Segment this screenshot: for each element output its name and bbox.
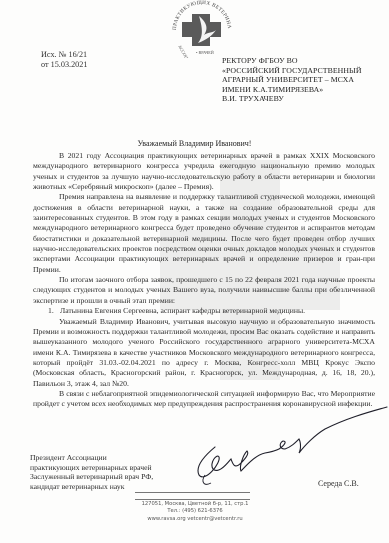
signatory-title-line: кандидат ветеринарных наук: [30, 482, 153, 492]
letter-page: Исх. № 16/21 от 15.03.2021 ПРАКТИКУЮЩИХ …: [0, 0, 389, 543]
svg-text:АССОЦИАЦИЯ: АССОЦИАЦИЯ: [177, 44, 197, 58]
footer-address: 127051, Москва, Цветной б-р, 11, стр.1: [100, 501, 290, 508]
body-paragraph: В 2021 году Ассоциация практикующих вете…: [33, 151, 375, 192]
body-paragraph: По итогам заочного отбора заявок, прошед…: [33, 275, 375, 306]
footer-contacts: 127051, Москва, Цветной б-р, 11, стр.1 Т…: [100, 501, 290, 523]
addressee-line: АГРАРНЫЙ УНИВЕРСИТЕТ – МСХА: [222, 75, 362, 85]
salutation: Уважаемый Владимир Иванович!: [0, 139, 389, 148]
footer-phone: Тел.: (495) 621-6376: [100, 508, 290, 515]
list-item: 1.Латынина Евгения Сергеевна, аспирант к…: [33, 306, 375, 316]
svg-text:• ВРАЧЕЙ: • ВРАЧЕЙ: [196, 50, 214, 55]
outgoing-number: Исх. № 16/21: [41, 50, 87, 60]
signatory-name: Середа С.В.: [318, 479, 359, 488]
addressee-block: РЕКТОРУ ФГБОУ ВО «РОССИЙСКИЙ ГОСУДАРСТВЕ…: [222, 56, 362, 104]
letter-body: В 2021 году Ассоциация практикующих вете…: [33, 151, 375, 410]
body-paragraph: Премия направлена на выявление и поддерж…: [33, 192, 375, 275]
list-item-text: Латынина Евгения Сергеевна, аспирант каф…: [60, 306, 305, 315]
addressee-line: ИМЕНИ К.А.ТИМИРЯЗЕВА»: [222, 85, 362, 95]
addressee-line: РЕКТОРУ ФГБОУ ВО: [222, 56, 362, 66]
outgoing-date: от 15.03.2021: [41, 60, 87, 70]
handwritten-signature-icon: [175, 405, 389, 490]
signatory-title-line: Президент Ассоциации: [30, 453, 153, 463]
list-item-number: 1.: [48, 306, 60, 316]
addressee-line: «РОССИЙСКИЙ ГОСУДАРСТВЕННЫЙ: [222, 66, 362, 76]
signatory-title: Президент Ассоциации практикующих ветери…: [30, 453, 153, 491]
body-paragraph: Уважаемый Владимир Иванович, учитывая вы…: [33, 317, 375, 389]
signatory-title-line: Заслуженный ветеринарный врач РФ,: [30, 472, 153, 482]
footer-divider: [135, 492, 250, 500]
addressee-line: В.И. ТРУХАЧЕВУ: [222, 94, 362, 104]
signatory-title-line: практикующих ветеринарных врачей: [30, 463, 153, 473]
footer-web: www.ravsa.org vetcentr@vetcentr.ru: [100, 516, 290, 523]
outgoing-reference: Исх. № 16/21 от 15.03.2021: [41, 50, 87, 70]
association-logo-icon: ПРАКТИКУЮЩИХ ВЕТЕРИНАРНЫХ АССОЦИАЦИЯ • В…: [166, 0, 238, 58]
